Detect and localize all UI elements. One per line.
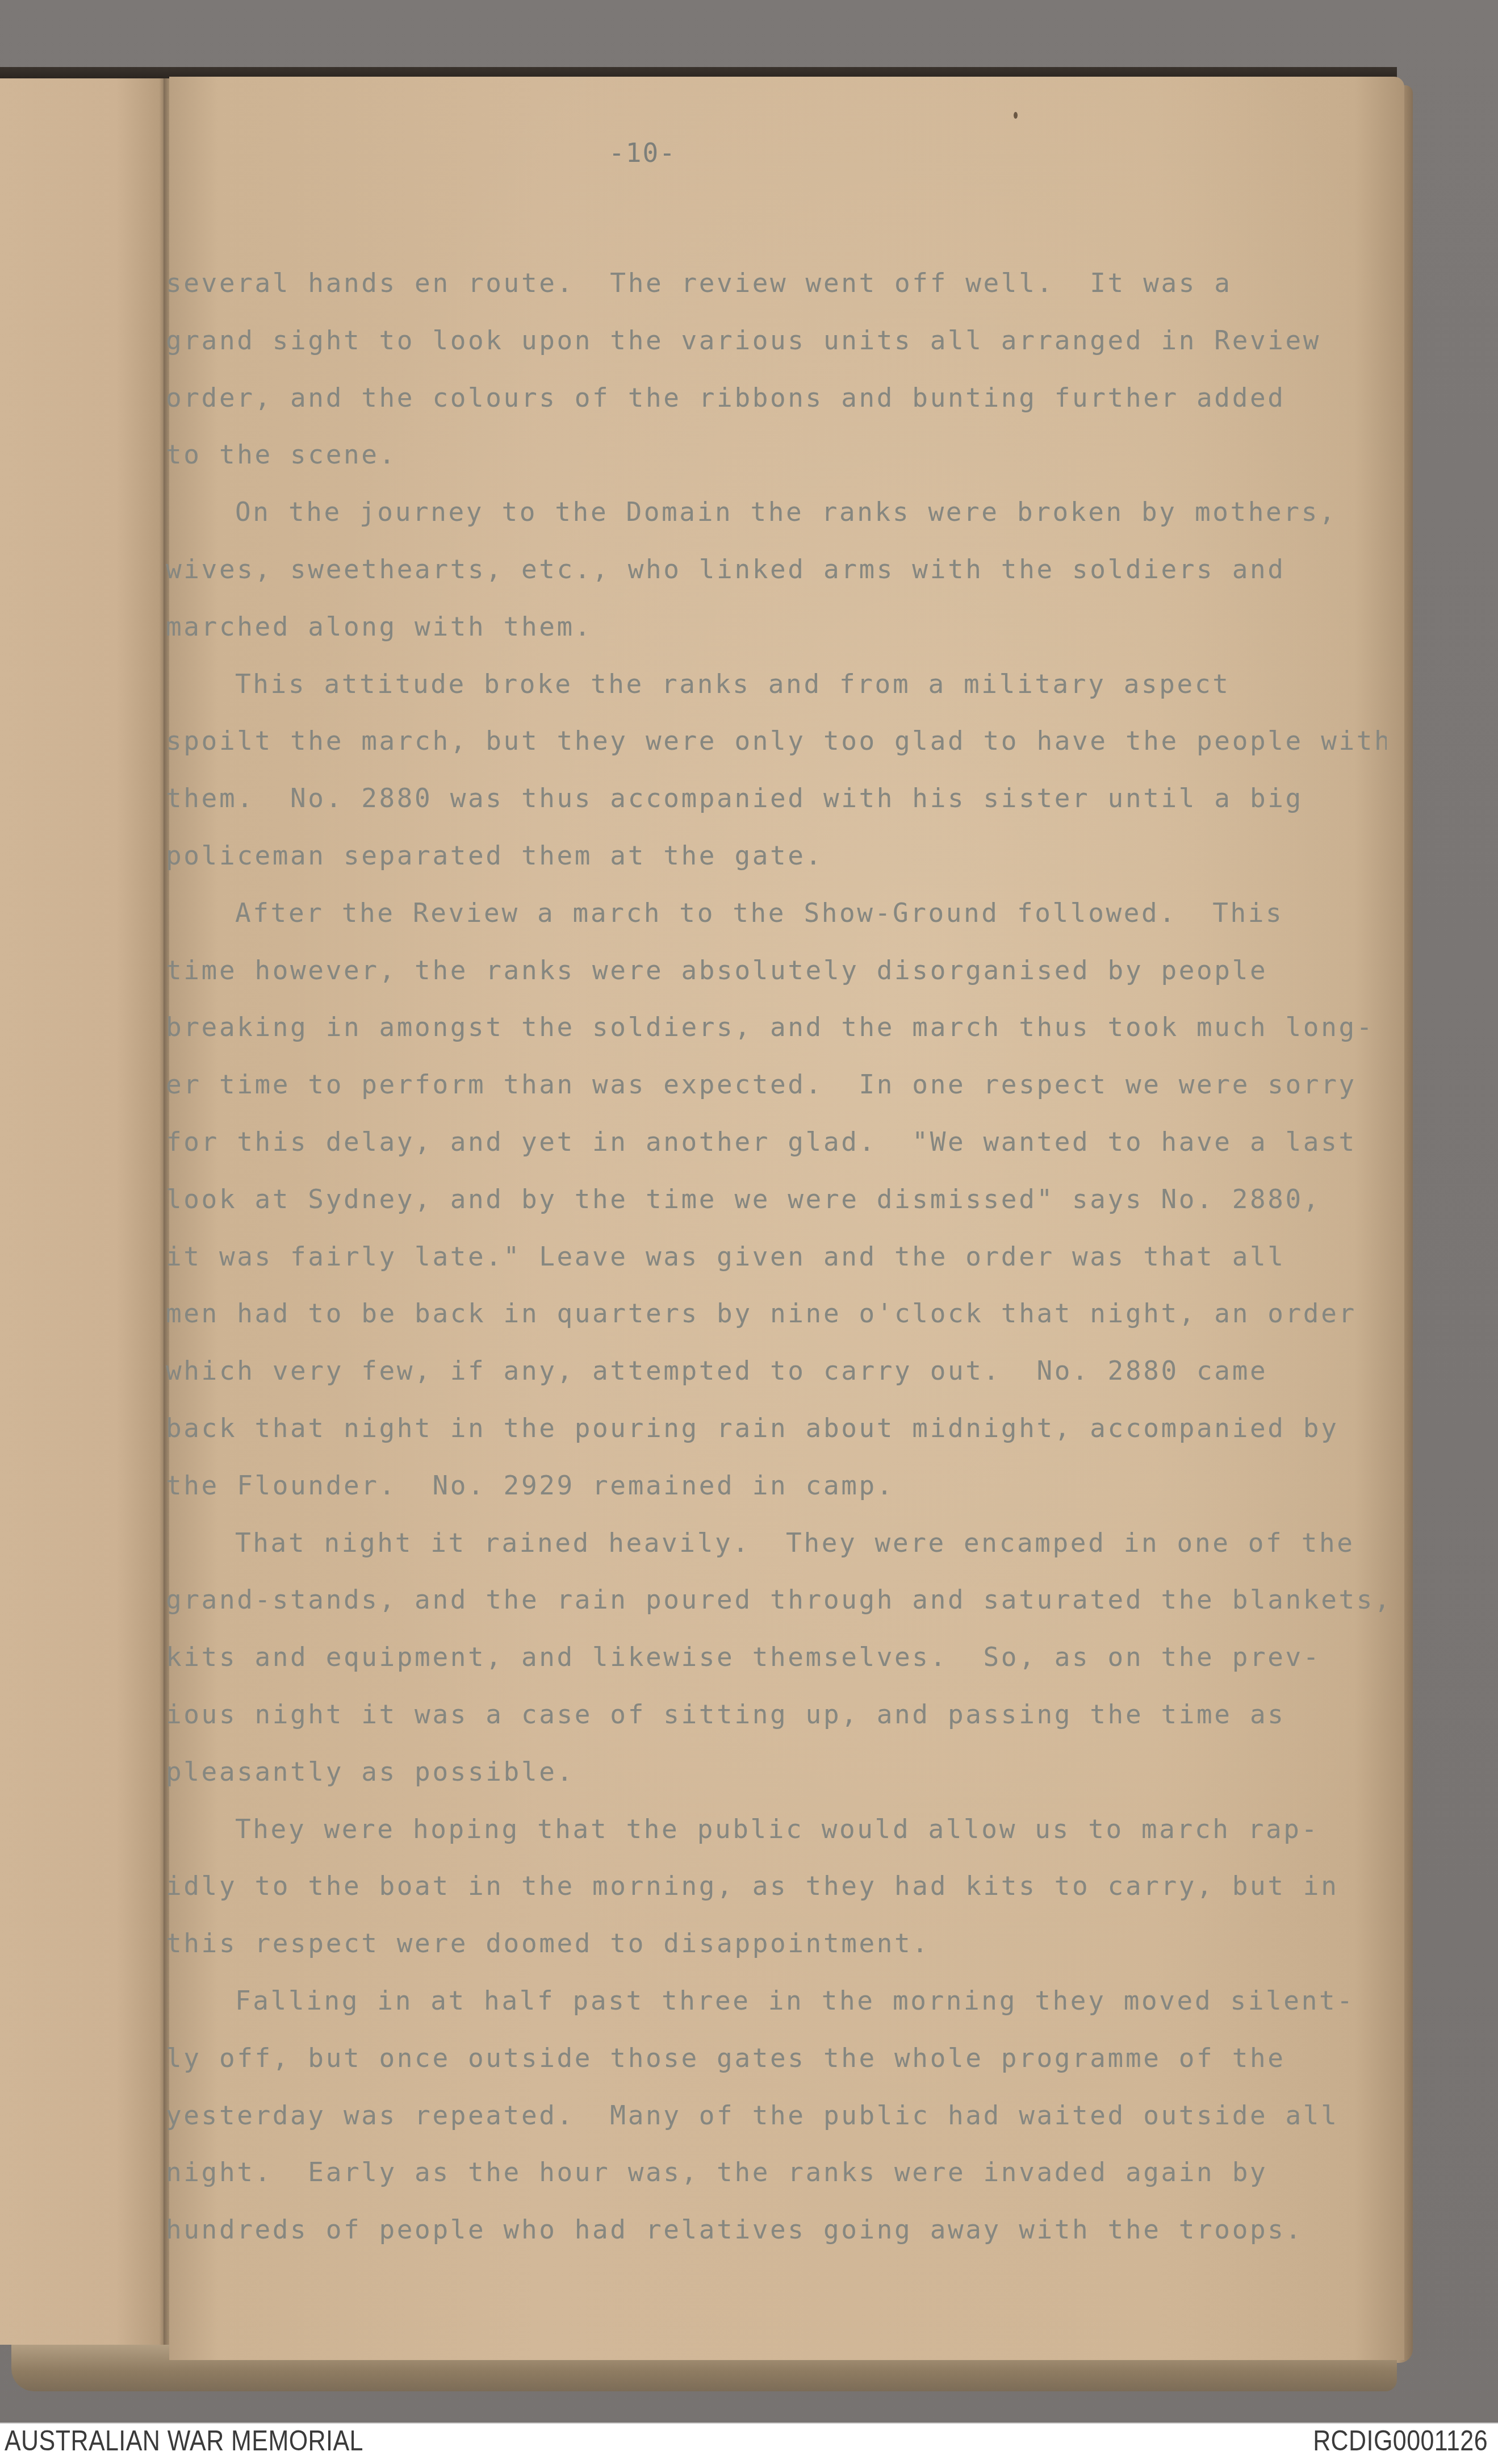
text-line: the Flounder. No. 2929 remained in camp. xyxy=(166,1457,1387,1514)
text-line: time however, the ranks were absolutely … xyxy=(166,942,1387,999)
text-line: ly off, but once outside those gates the… xyxy=(166,2029,1387,2087)
text-line: breaking in amongst the soldiers, and th… xyxy=(166,999,1387,1056)
text-line: pleasantly as possible. xyxy=(166,1743,1387,1801)
page-number: -10- xyxy=(609,137,676,168)
text-line: yesterday was repeated. Many of the publ… xyxy=(166,2087,1387,2144)
text-line: ious night it was a case of sitting up, … xyxy=(166,1686,1387,1743)
typewritten-body: several hands en route. The review went … xyxy=(166,254,1387,2258)
text-line: grand-stands, and the rain poured throug… xyxy=(166,1571,1387,1628)
text-line: wives, sweethearts, etc., who linked arm… xyxy=(166,541,1387,598)
text-line: They were hoping that the public would a… xyxy=(166,1801,1387,1858)
text-line: grand sight to look upon the various uni… xyxy=(166,312,1387,369)
text-line: That night it rained heavily. They were … xyxy=(166,1514,1387,1572)
text-line: This attitude broke the ranks and from a… xyxy=(166,655,1387,713)
text-line: men had to be back in quarters by nine o… xyxy=(166,1285,1387,1342)
text-line: idly to the boat in the morning, as they… xyxy=(166,1857,1387,1915)
text-line: look at Sydney, and by the time we were … xyxy=(166,1171,1387,1228)
text-line: spoilt the march, but they were only too… xyxy=(166,712,1387,770)
record-id-label: RCDIG0001126 xyxy=(1313,2424,1488,2457)
text-line: order, and the colours of the ribbons an… xyxy=(166,369,1387,427)
text-line: this respect were doomed to disappointme… xyxy=(166,1915,1387,1972)
ink-spot xyxy=(1014,112,1018,119)
text-line: kits and equipment, and likewise themsel… xyxy=(166,1628,1387,1686)
text-line: them. No. 2880 was thus accompanied with… xyxy=(166,770,1387,827)
text-line: to the scene. xyxy=(166,426,1387,483)
text-line: it was fairly late." Leave was given and… xyxy=(166,1228,1387,1285)
text-line: marched along with them. xyxy=(166,598,1387,655)
text-line: which very few, if any, attempted to car… xyxy=(166,1342,1387,1400)
footer-divider xyxy=(0,2423,1498,2424)
text-line: several hands en route. The review went … xyxy=(166,254,1387,312)
text-line: hundreds of people who had relatives goi… xyxy=(166,2201,1387,2258)
text-line: policeman separated them at the gate. xyxy=(166,827,1387,884)
institution-label: AUSTRALIAN WAR MEMORIAL xyxy=(5,2424,363,2457)
text-line: After the Review a march to the Show-Gro… xyxy=(166,884,1387,942)
text-line: er time to perform than was expected. In… xyxy=(166,1056,1387,1113)
text-line: Falling in at half past three in the mor… xyxy=(166,1972,1387,2029)
text-line: for this delay, and yet in another glad.… xyxy=(166,1113,1387,1171)
text-line: back that night in the pouring rain abou… xyxy=(166,1400,1387,1457)
text-line: On the journey to the Domain the ranks w… xyxy=(166,483,1387,541)
text-line: night. Early as the hour was, the ranks … xyxy=(166,2144,1387,2201)
left-page xyxy=(0,78,166,2345)
